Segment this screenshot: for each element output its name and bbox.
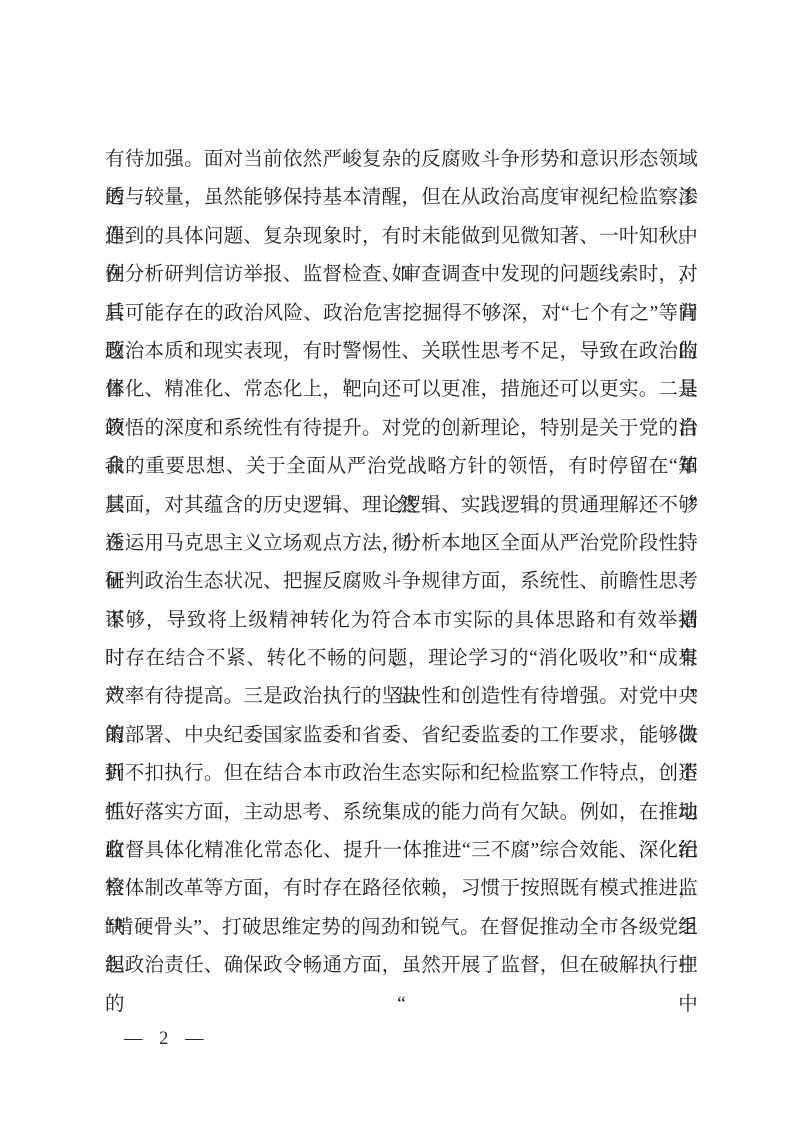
text-line: 命的重要思想、关于全面从严治党战略方针的领悟，有时停留在“知其然” (105, 448, 698, 486)
page-number: — 2 — (124, 1029, 210, 1050)
text-line: 体化、精准化、常态化上，靶向还可以更准，措施还可以更实。二是政治 (105, 371, 698, 409)
text-line: 透与较量，虽然能够保持基本清醒，但在从政治高度审视纪检监察工作中 (105, 179, 698, 217)
text-line: 遇到的具体问题、复杂现象时，有时未能做到见微知著、一叶知秋。例如， (105, 218, 698, 256)
text-line: 政治本质和现实表现，有时警惕性、关联性思考不足，导致在政治监督具 (105, 333, 698, 371)
text-line: 在运用马克思主义立场观点方法，分析本地区全面从严治党阶段性特征、 (105, 525, 698, 563)
text-line: 策部署、中央纪委国家监委和省委、省纪委监委的工作要求，能够做到不 (105, 717, 698, 755)
text-line: 领悟的深度和系统性有待提升。对党的创新理论，特别是关于党的自我革 (105, 410, 698, 448)
text-line: 起政治责任、确保政令畅通方面，虽然开展了监督，但在破解执行中的“中 (105, 947, 698, 985)
text-line: 抓好落实方面，主动思考、系统集成的能力尚有欠缺。例如，在推动政治 (105, 794, 698, 832)
text-line: 研判政治生态状况、把握反腐败斗争规律方面，系统性、前瞻性思考谋划 (105, 563, 698, 601)
text-line: 后可能存在的政治风险、政治危害挖掘得不够深，对“七个有之”等问题的 (105, 295, 698, 333)
text-line: 层面，对其蕴含的历史逻辑、理论逻辑、实践逻辑的贯通理解还不够透彻。 (105, 487, 698, 525)
document-body: 有待加强。面对当前依然严峻复杂的反腐败斗争形势和意识形态领域的渗透与较量，虽然能… (105, 141, 698, 986)
text-line: 折不扣执行。但在结合本市政治生态实际和纪检监察工作特点，创造性地 (105, 755, 698, 793)
text-line: 时存在结合不紧、转化不畅的问题，理论学习的“消化吸收”和“成果产出” (105, 640, 698, 678)
text-line: 有待加强。面对当前依然严峻复杂的反腐败斗争形势和意识形态领域的渗 (105, 141, 698, 179)
text-line: 效率有待提高。三是政治执行的坚决性和创造性有待增强。对党中央的决 (105, 678, 698, 716)
document-page: 有待加强。面对当前依然严峻复杂的反腐败斗争形势和意识形态领域的渗透与较量，虽然能… (0, 0, 793, 1122)
text-line: 监督具体化精准化常态化、提升一体推进“三不腐”综合效能、深化纪检监 (105, 832, 698, 870)
text-line: “啃硬骨头”、打破思维定势的闯劲和锐气。在督促推动全市各级党组织扛 (105, 909, 698, 947)
text-line: 察体制改革等方面，有时存在路径依赖，习惯于按照既有模式推进，缺乏 (105, 870, 698, 908)
text-line: 不够，导致将上级精神转化为符合本市实际的具体思路和有效举措时，有 (105, 602, 698, 640)
text-line: 在分析研判信访举报、监督检查、审查调查中发现的问题线索时，对其背 (105, 256, 698, 294)
